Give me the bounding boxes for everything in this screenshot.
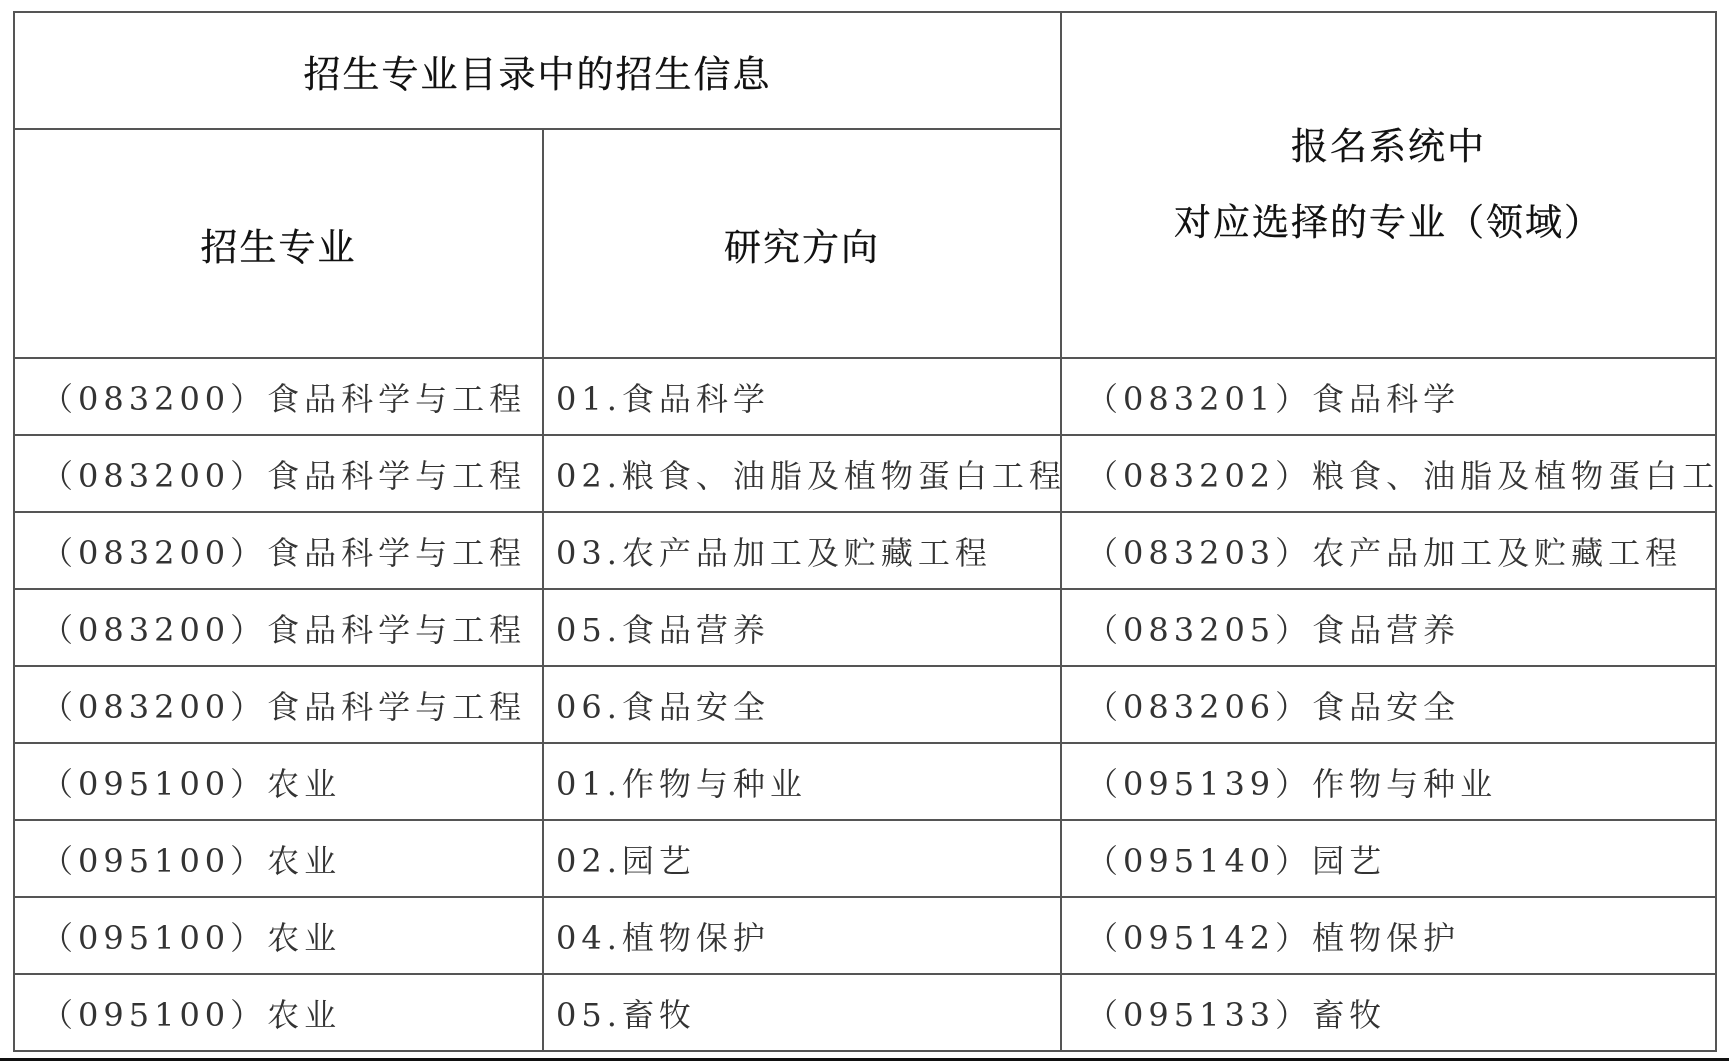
major-cell: （083200）食品科学与工程 <box>14 589 543 666</box>
direction-cell: 05.食品营养 <box>543 589 1061 666</box>
direction-cell: 01.食品科学 <box>543 358 1061 435</box>
direction-column-header: 研究方向 <box>543 129 1061 358</box>
direction-cell: 02.粮食、油脂及植物蛋白工程 <box>543 435 1061 512</box>
major-mapping-table: 招生专业目录中的招生信息 报名系统中 对应选择的专业（领域） 招生专业 研究方向… <box>13 11 1717 1052</box>
table-row: （083200）食品科学与工程 06.食品安全 （083206）食品安全 <box>14 666 1716 743</box>
major-cell: （095100）农业 <box>14 974 543 1051</box>
catalog-info-header: 招生专业目录中的招生信息 <box>14 12 1061 129</box>
direction-cell: 05.畜牧 <box>543 974 1061 1051</box>
system-major-cell: （095133）畜牧 <box>1061 974 1716 1051</box>
major-cell: （095100）农业 <box>14 820 543 897</box>
table-row: （095100）农业 05.畜牧 （095133）畜牧 <box>14 974 1716 1051</box>
direction-cell: 04.植物保护 <box>543 897 1061 974</box>
major-cell: （083200）食品科学与工程 <box>14 512 543 589</box>
direction-cell: 03.农产品加工及贮藏工程 <box>543 512 1061 589</box>
system-major-header: 报名系统中 对应选择的专业（领域） <box>1061 12 1716 358</box>
direction-cell: 01.作物与种业 <box>543 743 1061 820</box>
table-row: （083200）食品科学与工程 01.食品科学 （083201）食品科学 <box>14 358 1716 435</box>
major-cell: （095100）农业 <box>14 897 543 974</box>
system-major-cell: （083202）粮食、油脂及植物蛋白工程 <box>1061 435 1716 512</box>
major-cell: （083200）食品科学与工程 <box>14 358 543 435</box>
system-major-cell: （083205）食品营养 <box>1061 589 1716 666</box>
system-major-cell: （095142）植物保护 <box>1061 897 1716 974</box>
major-cell: （095100）农业 <box>14 743 543 820</box>
table-row: （095100）农业 04.植物保护 （095142）植物保护 <box>14 897 1716 974</box>
table-row: （095100）农业 02.园艺 （095140）园艺 <box>14 820 1716 897</box>
direction-cell: 06.食品安全 <box>543 666 1061 743</box>
system-major-cell: （083203）农产品加工及贮藏工程 <box>1061 512 1716 589</box>
system-header-line-1: 报名系统中 <box>1062 109 1715 185</box>
table-row: （095100）农业 01.作物与种业 （095139）作物与种业 <box>14 743 1716 820</box>
system-major-cell: （095140）园艺 <box>1061 820 1716 897</box>
table-row: （083200）食品科学与工程 02.粮食、油脂及植物蛋白工程 （083202）… <box>14 435 1716 512</box>
major-column-header: 招生专业 <box>14 129 543 358</box>
direction-cell: 02.园艺 <box>543 820 1061 897</box>
table-row: （083200）食品科学与工程 03.农产品加工及贮藏工程 （083203）农产… <box>14 512 1716 589</box>
major-cell: （083200）食品科学与工程 <box>14 666 543 743</box>
table-row: （083200）食品科学与工程 05.食品营养 （083205）食品营养 <box>14 589 1716 666</box>
header-row-1: 招生专业目录中的招生信息 报名系统中 对应选择的专业（领域） <box>14 12 1716 129</box>
major-cell: （083200）食品科学与工程 <box>14 435 543 512</box>
system-header-line-2: 对应选择的专业（领域） <box>1062 185 1715 261</box>
system-major-cell: （083201）食品科学 <box>1061 358 1716 435</box>
system-major-cell: （095139）作物与种业 <box>1061 743 1716 820</box>
system-major-cell: （083206）食品安全 <box>1061 666 1716 743</box>
